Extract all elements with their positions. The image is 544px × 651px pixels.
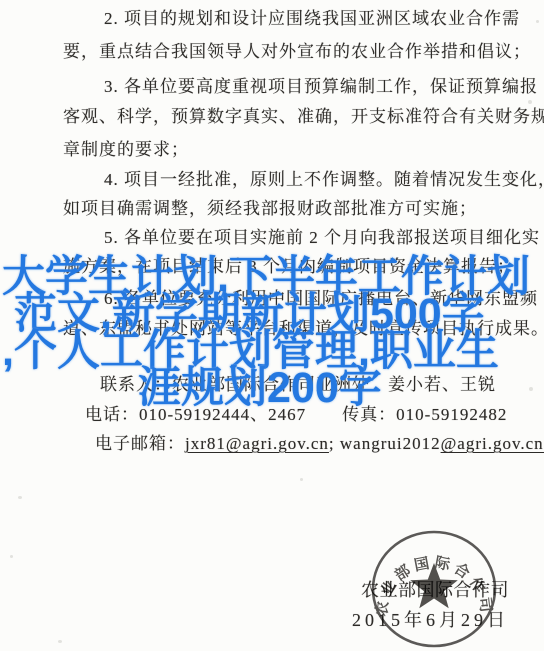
doc-line: 章制度的要求； (63, 139, 189, 161)
watermark-line: 涯规划200字 (138, 367, 382, 410)
doc-line: 4. 项目一经批准，原则上不作调整。随着情况发生变化， (104, 169, 544, 191)
scan-speck (18, 496, 22, 499)
email-line: 电子邮箱：jxr81@agri.gov.cn; wangrui2012@agri… (95, 433, 544, 455)
scan-speck (300, 478, 303, 481)
doc-line: 5. 各单位要在项目实施前 2 个月向我部报送项目细化实 (104, 227, 540, 249)
official-seal-stamp: 农业部国际合作司 (368, 527, 500, 651)
scan-speck (522, 300, 526, 303)
scanned-document-page: 2. 项目的规划和设计应围绕我国亚洲区域农业合作需 要，重点结合我国领导人对外宣… (0, 0, 544, 651)
scan-speck (10, 555, 13, 558)
email-label: 电子邮箱： (95, 434, 185, 453)
doc-line: 如项目确需调整，须经我部报财政部批准方可实施； (63, 198, 477, 220)
doc-line: 3. 各单位要高度重视项目预算编制工作，保证预算编报 (104, 76, 538, 98)
scan-speck (536, 20, 539, 23)
scan-speck (58, 640, 62, 643)
doc-line: 2. 项目的规划和设计应围绕我国亚洲区域农业合作需 (104, 8, 520, 30)
doc-line: 客观、科学，预算数字真实、准确，开支标准符合有关财务规 (63, 106, 544, 128)
doc-line: 要，重点结合我国领导人对外宣布的农业合作举措和倡议； (63, 41, 531, 63)
email-separator: ; (329, 434, 340, 453)
scan-speck (529, 387, 533, 391)
email-address-2-user: wangrui2012 (340, 434, 441, 453)
email-address-1: jxr81@agri.gov.cn (185, 434, 329, 453)
scan-speck (528, 100, 532, 104)
email-address-2-domain: @agri.gov.cn. (441, 434, 544, 453)
